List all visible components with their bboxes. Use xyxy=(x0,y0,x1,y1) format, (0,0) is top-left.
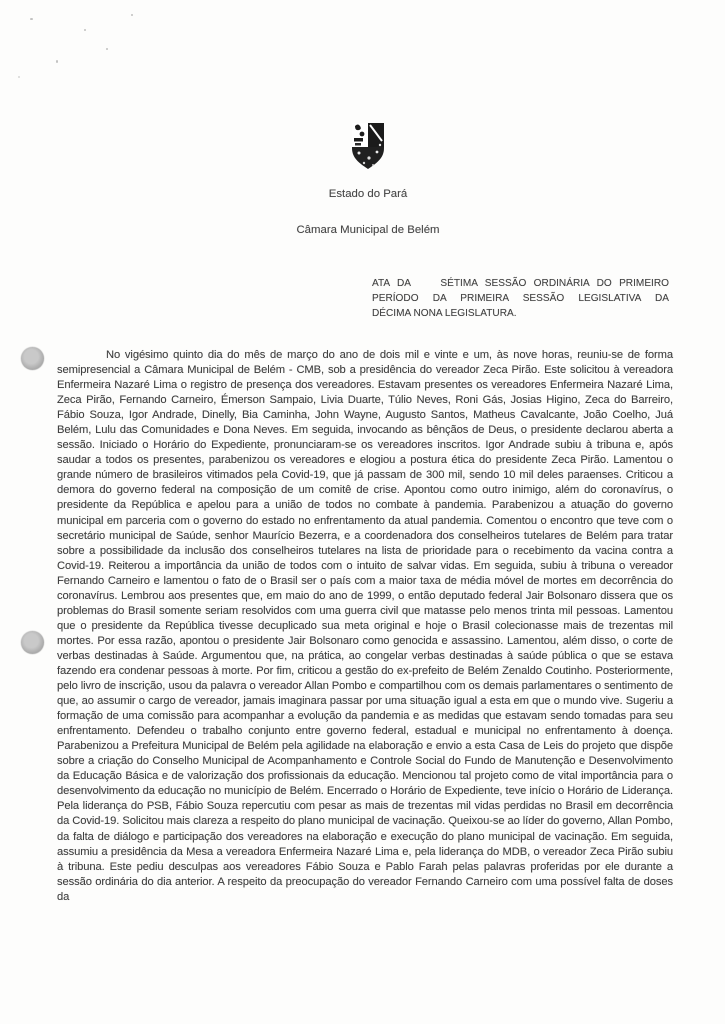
session-title-line-2: PERÍODO DA PRIMEIRA SESSÃO LEGISLATIVA D… xyxy=(372,291,669,306)
session-title-line-3: DÉCIMA NONA LEGISLATURA. xyxy=(372,306,669,321)
session-title-line-1: ATA DA SÉTIMA SESSÃO ORDINÁRIA DO PRIMEI… xyxy=(372,276,669,291)
punch-hole-top xyxy=(21,347,44,370)
scanned-document-page: Estado do Pará Câmara Municipal de Belém… xyxy=(0,0,725,1024)
scan-speck xyxy=(106,48,108,50)
scan-speck xyxy=(131,14,133,16)
scan-speck xyxy=(18,76,20,78)
minutes-body-paragraph: No vigésimo quinto dia do mês de março d… xyxy=(57,348,673,905)
scan-speck xyxy=(56,60,58,63)
scan-speck xyxy=(30,18,33,20)
municipality-name: Câmara Municipal de Belém xyxy=(0,223,725,237)
scan-speck xyxy=(84,29,86,31)
coat-of-arms-icon xyxy=(349,121,387,171)
state-name: Estado do Pará xyxy=(0,187,725,201)
session-title-block: ATA DA SÉTIMA SESSÃO ORDINÁRIA DO PRIMEI… xyxy=(372,276,669,321)
punch-hole-bottom xyxy=(21,631,44,654)
